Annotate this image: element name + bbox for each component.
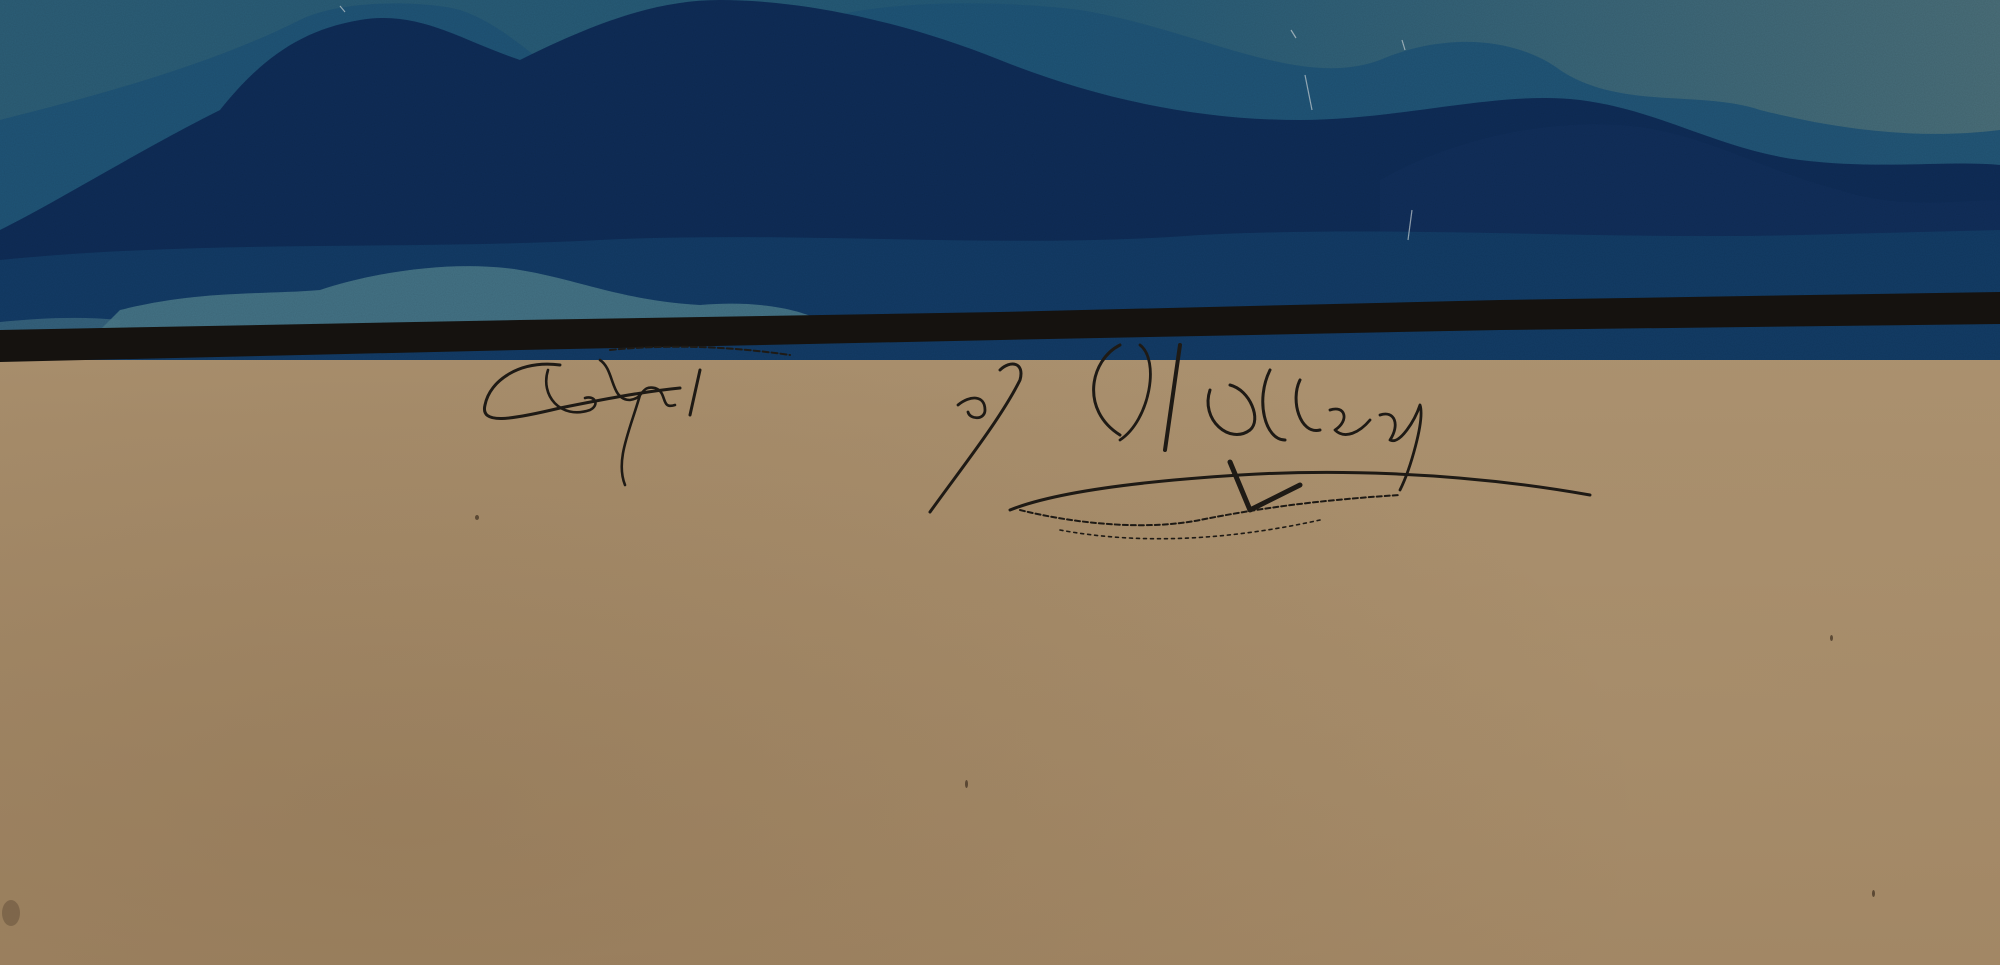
artwork-photo: Regnet of H. Olley — [0, 0, 2000, 965]
paper-speck — [1872, 890, 1875, 897]
handwritten-inscription — [0, 0, 2000, 965]
paper-speck — [475, 515, 479, 520]
paper-speck — [1830, 635, 1833, 641]
paper-speck — [2, 900, 20, 926]
paper-speck — [965, 780, 968, 788]
